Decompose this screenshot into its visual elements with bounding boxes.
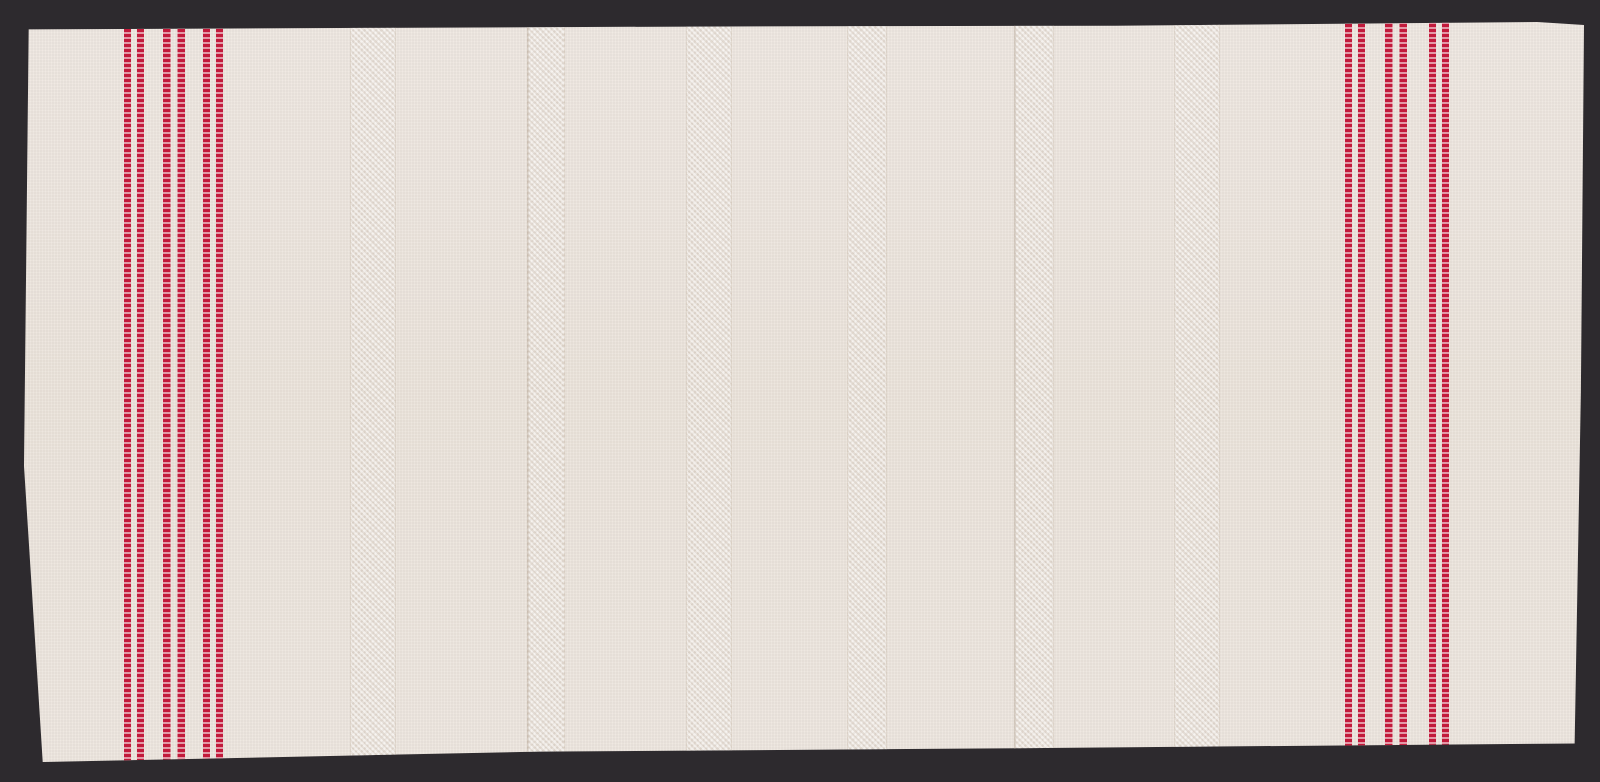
red-stripe-right-1 bbox=[1345, 22, 1365, 762]
red-stripe-left-1 bbox=[124, 22, 144, 762]
self-stripe-1 bbox=[350, 22, 396, 762]
self-stripe-4 bbox=[847, 22, 887, 762]
fold-line bbox=[1014, 22, 1016, 762]
self-stripe-3 bbox=[686, 22, 732, 762]
linen-towel bbox=[24, 22, 1584, 762]
red-stripe-right-3 bbox=[1429, 22, 1449, 762]
red-stripe-left-3 bbox=[203, 22, 223, 762]
red-stripe-right-2 bbox=[1385, 22, 1407, 762]
self-stripe-5 bbox=[1014, 22, 1054, 762]
red-stripe-left-2 bbox=[163, 22, 185, 762]
self-stripe-6 bbox=[1174, 22, 1220, 762]
fold-line bbox=[527, 22, 529, 762]
self-stripe-2 bbox=[527, 22, 565, 762]
